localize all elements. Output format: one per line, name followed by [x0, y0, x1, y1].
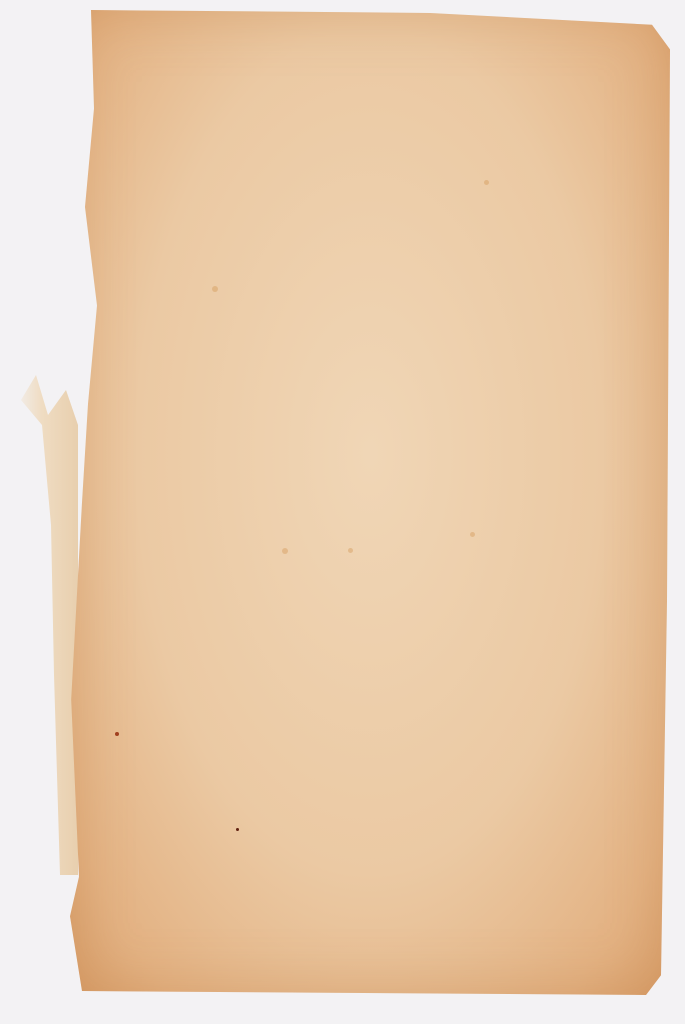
foxing-spot	[212, 286, 218, 292]
ink-speck	[236, 828, 239, 831]
ink-speck	[115, 732, 119, 736]
aged-paper-sheet	[70, 10, 670, 995]
torn-paper-fringe	[18, 375, 78, 875]
foxing-spot	[484, 180, 489, 185]
foxing-spot	[348, 548, 353, 553]
foxing-spot	[470, 532, 475, 537]
foxing-spot	[282, 548, 288, 554]
